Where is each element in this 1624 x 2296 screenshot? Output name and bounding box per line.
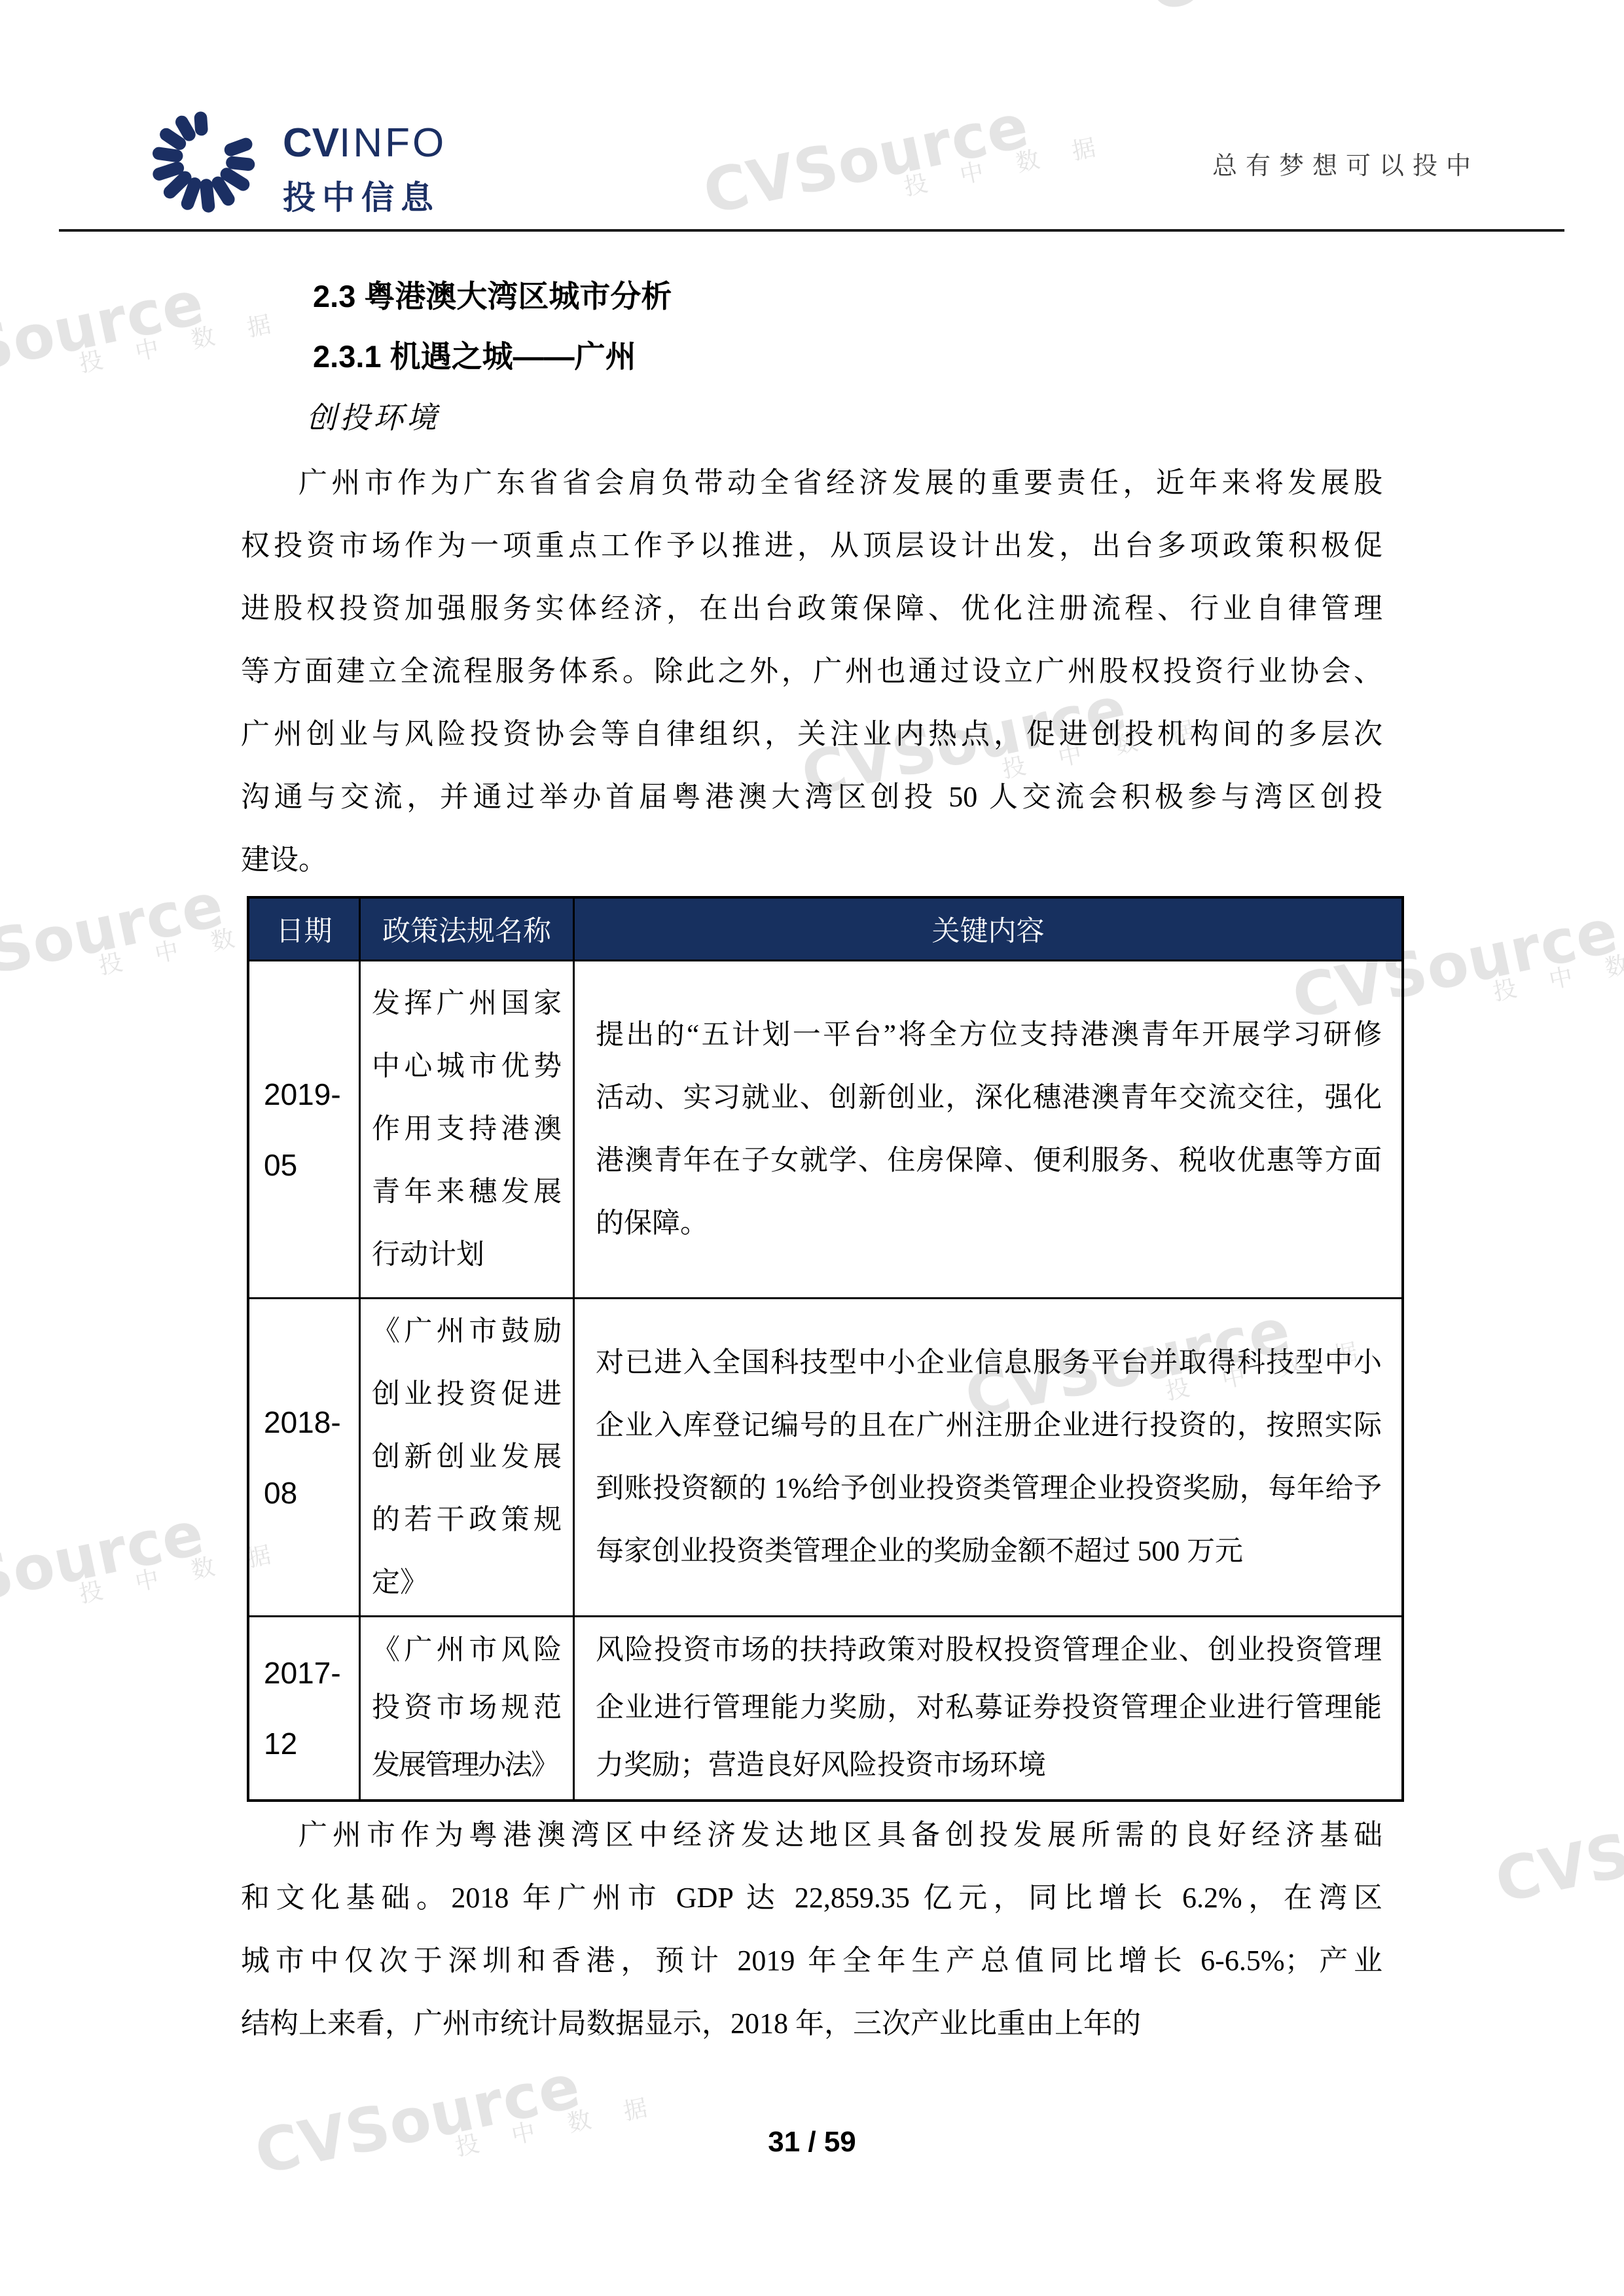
table-row-date: 2018- 08 [249, 1299, 361, 1617]
date-line: 2019- [264, 1059, 359, 1130]
paragraph-line: 建设。 [241, 829, 1382, 891]
content-line: 提出的“五计划一平台”将全方位支持港澳青年开展学习研修 [596, 1004, 1382, 1067]
table-row-content: 风险投资市场的扶持政策对股权投资管理企业、创业投资管理 企业进行管理能力奖励，对… [575, 1617, 1401, 1799]
policy-line: 《广州市鼓励 [372, 1300, 562, 1363]
content-line: 活动、实习就业、创新创业，深化穗港澳青年交流交往，强化 [596, 1067, 1382, 1130]
table-row-policy: 《广州市风险 投资市场规范 发展管理办法》 [361, 1617, 575, 1799]
table-header-date: 日期 [249, 899, 361, 961]
date-line: 2017- [264, 1638, 359, 1708]
policy-line: 发展管理办法》 [372, 1737, 562, 1795]
section-heading: 2.3 粤港澳大湾区城市分析 [313, 272, 672, 316]
table-header-policy: 政策法规名称 [361, 899, 575, 961]
table-row-policy: 《广州市鼓励 创业投资促进 创新创业发展 的若干政策规 定》 [361, 1299, 575, 1617]
paragraph-line: 广州创业与风险投资协会等自律组织，关注业内热点，促进创投机构间的多层次 [241, 703, 1382, 766]
topic-heading: 创投环境 [306, 394, 440, 437]
brand-name-cn: 投中信息 [283, 171, 446, 219]
date-line: 12 [264, 1708, 359, 1779]
paragraph-2: 广州市作为粤港澳湾区中经济发达地区具备创投发展所需的良好经济基础 和文化基础。2… [241, 1804, 1382, 2055]
paragraph-line: 和文化基础。2018 年广州市 GDP 达 22,859.35 亿元，同比增长 … [241, 1867, 1382, 1929]
content-line: 的保障。 [596, 1193, 1382, 1255]
policy-line: 投资市场规范 [372, 1679, 562, 1737]
table-header-content: 关键内容 [575, 899, 1401, 961]
content-line: 力奖励；营造良好风险投资市场环境 [596, 1737, 1382, 1795]
policy-line: 创新创业发展 [372, 1426, 562, 1489]
table-row-date: 2017- 12 [249, 1617, 361, 1799]
policy-line: 发挥广州国家 [372, 973, 562, 1035]
policy-line: 行动计划 [372, 1224, 562, 1287]
table-row-policy: 发挥广州国家 中心城市优势 作用支持港澳 青年来穗发展 行动计划 [361, 961, 575, 1299]
paragraph-line: 广州市作为粤港澳湾区中经济发达地区具备创投发展所需的良好经济基础 [241, 1804, 1382, 1867]
paragraph-line: 等方面建立全流程服务体系。除此之外，广州也通过设立广州股权投资行业协会、 [241, 640, 1382, 703]
paragraph-line: 结构上来看，广州市统计局数据显示，2018 年，三次产业比重由上年的 [241, 1992, 1382, 2055]
brand-text: CVINFO 投中信息 [283, 122, 446, 219]
paragraph-1: 广州市作为广东省省会肩负带动全省经济发展的重要责任，近年来将发展股 权投资市场作… [241, 452, 1382, 891]
content-line: 每家创业投资类管理企业的奖励金额不超过 500 万元 [596, 1520, 1382, 1583]
policy-line: 定》 [372, 1552, 562, 1615]
policy-line: 的若干政策规 [372, 1489, 562, 1552]
table-row-date: 2019- 05 [249, 961, 361, 1299]
content-line: 风险投资市场的扶持政策对股权投资管理企业、创业投资管理 [596, 1622, 1382, 1679]
content-line: 港澳青年在子女就学、住房保障、便利服务、税收优惠等方面 [596, 1130, 1382, 1193]
header-slogan: 总有梦想可以投中 [1212, 145, 1479, 181]
policy-line: 中心城市优势 [372, 1035, 562, 1098]
header-divider [59, 229, 1564, 232]
content-line: 对已进入全国科技型中小企业信息服务平台并取得科技型中小 [596, 1332, 1382, 1395]
subsection-heading: 2.3.1 机遇之城——广州 [313, 332, 636, 376]
policy-line: 青年来穗发展 [372, 1161, 562, 1224]
date-line: 2018- [264, 1387, 359, 1458]
policy-table: 日期 政策法规名称 关键内容 2019- 05 发挥广州国家 中心城市优势 作用… [247, 896, 1404, 1802]
brand-name-en: CVINFO [283, 122, 446, 165]
paragraph-line: 沟通与交流，并通过举办首届粤港澳大湾区创投 50 人交流会积极参与湾区创投 [241, 766, 1382, 829]
cvinfo-logo-icon [147, 103, 260, 216]
content-line: 企业进行管理能力奖励，对私募证券投资管理企业进行管理能 [596, 1679, 1382, 1737]
content-line: 到账投资额的 1%给予创业投资类管理企业投资奖励，每年给予 [596, 1458, 1382, 1520]
paragraph-line: 权投资市场作为一项重点工作予以推进，从顶层设计出发，出台多项政策积极促 [241, 514, 1382, 577]
policy-line: 《广州市风险 [372, 1622, 562, 1679]
policy-line: 创业投资促进 [372, 1363, 562, 1426]
content-line: 企业入库登记编号的且在广州注册企业进行投资的，按照实际 [596, 1395, 1382, 1458]
page-number: 31 / 59 [0, 2126, 1624, 2159]
table-row-content: 提出的“五计划一平台”将全方位支持港澳青年开展学习研修 活动、实习就业、创新创业… [575, 961, 1401, 1299]
date-line: 08 [264, 1458, 359, 1528]
table-row-content: 对已进入全国科技型中小企业信息服务平台并取得科技型中小 企业入库登记编号的且在广… [575, 1299, 1401, 1617]
paragraph-line: 广州市作为广东省省会肩负带动全省经济发展的重要责任，近年来将发展股 [241, 452, 1382, 514]
policy-line: 作用支持港澳 [372, 1098, 562, 1161]
paragraph-line: 进股权投资加强服务实体经济，在出台政策保障、优化注册流程、行业自律管理 [241, 577, 1382, 640]
brand-cv: CV [283, 120, 339, 166]
report-page: CVINFO 投中信息 总有梦想可以投中 2.3 粤港澳大湾区城市分析 2.3.… [0, 0, 1624, 2296]
brand-info: INFO [339, 120, 446, 166]
date-line: 05 [264, 1130, 359, 1200]
paragraph-line: 城市中仅次于深圳和香港，预计 2019 年全年生产总值同比增长 6-6.5%；产… [241, 1929, 1382, 1992]
